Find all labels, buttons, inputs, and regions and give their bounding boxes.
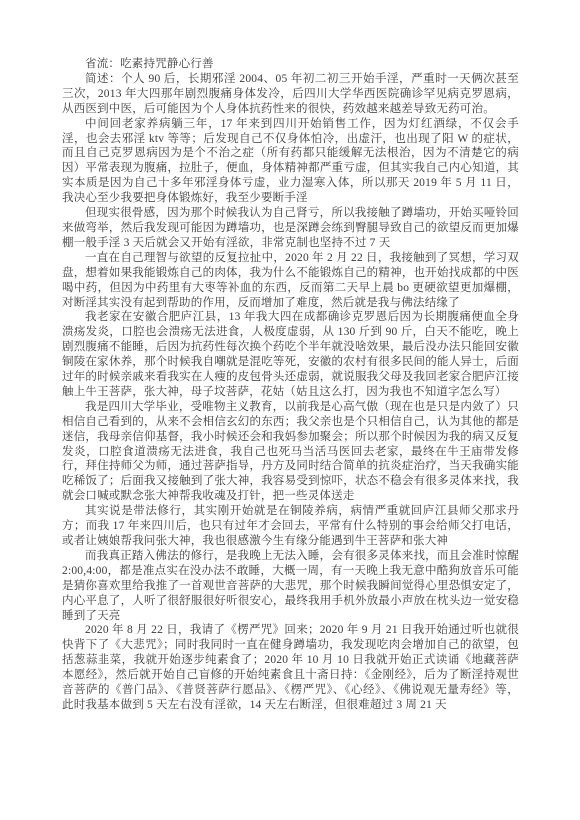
paragraph-buddhism-entry: 而我真正踏入佛法的修行，是我晚上无法入睡，会有很多灵体来找，而且会准时惊醒 2:… <box>62 549 519 624</box>
paragraph-sutra-practice: 2020 年 8 月 22 日，我请了《楞严咒》回来；2020 年 9 月 21… <box>62 623 519 712</box>
paragraph-reality-struggle: 但现实很骨感，因为那个时候我认为自己肾亏，所以我接触了蹲墙功，开始买哑铃回来做弯… <box>62 206 519 251</box>
paragraph-education-beliefs: 我是四川大学毕业，受唯物主义教育，以前我是心高气傲（现在也是只是内敛了）只相信自… <box>62 400 519 504</box>
document-page: 省流：吃素持咒静心行善 简述：个人 90 后，长期邪淫 2004、05 年初二初… <box>0 0 580 820</box>
paragraph-brief: 简述：个人 90 后，长期邪淫 2004、05 年初二初三开始手淫，严重时一天俩… <box>62 72 519 117</box>
document-text-body: 省流：吃素持咒静心行善 简述：个人 90 后，长期邪淫 2004、05 年初二初… <box>62 57 519 713</box>
paragraph-recovery-history: 中间回老家养病躺三年，17 年来到四川开始销售工作，因为灯红酒绿，不仅会手淫，也… <box>62 117 519 206</box>
paragraph-summary-line: 省流：吃素持咒静心行善 <box>62 57 519 72</box>
paragraph-hometown-illness: 我老家在安徽合肥庐江县，13 年我大四在成都确诊克罗恩后因为长期腹痛便血全身溃疡… <box>62 310 519 399</box>
paragraph-practice-explanation: 其实说是带法修行，其实刚开始就是在铜陵养病，病情严重就回庐江县师父那求丹方；而我… <box>62 504 519 549</box>
paragraph-meditation-start: 一直在自己理智与欲望的反复拉扯中，2020 年 2 月 22 日，我接触到了冥想… <box>62 251 519 311</box>
